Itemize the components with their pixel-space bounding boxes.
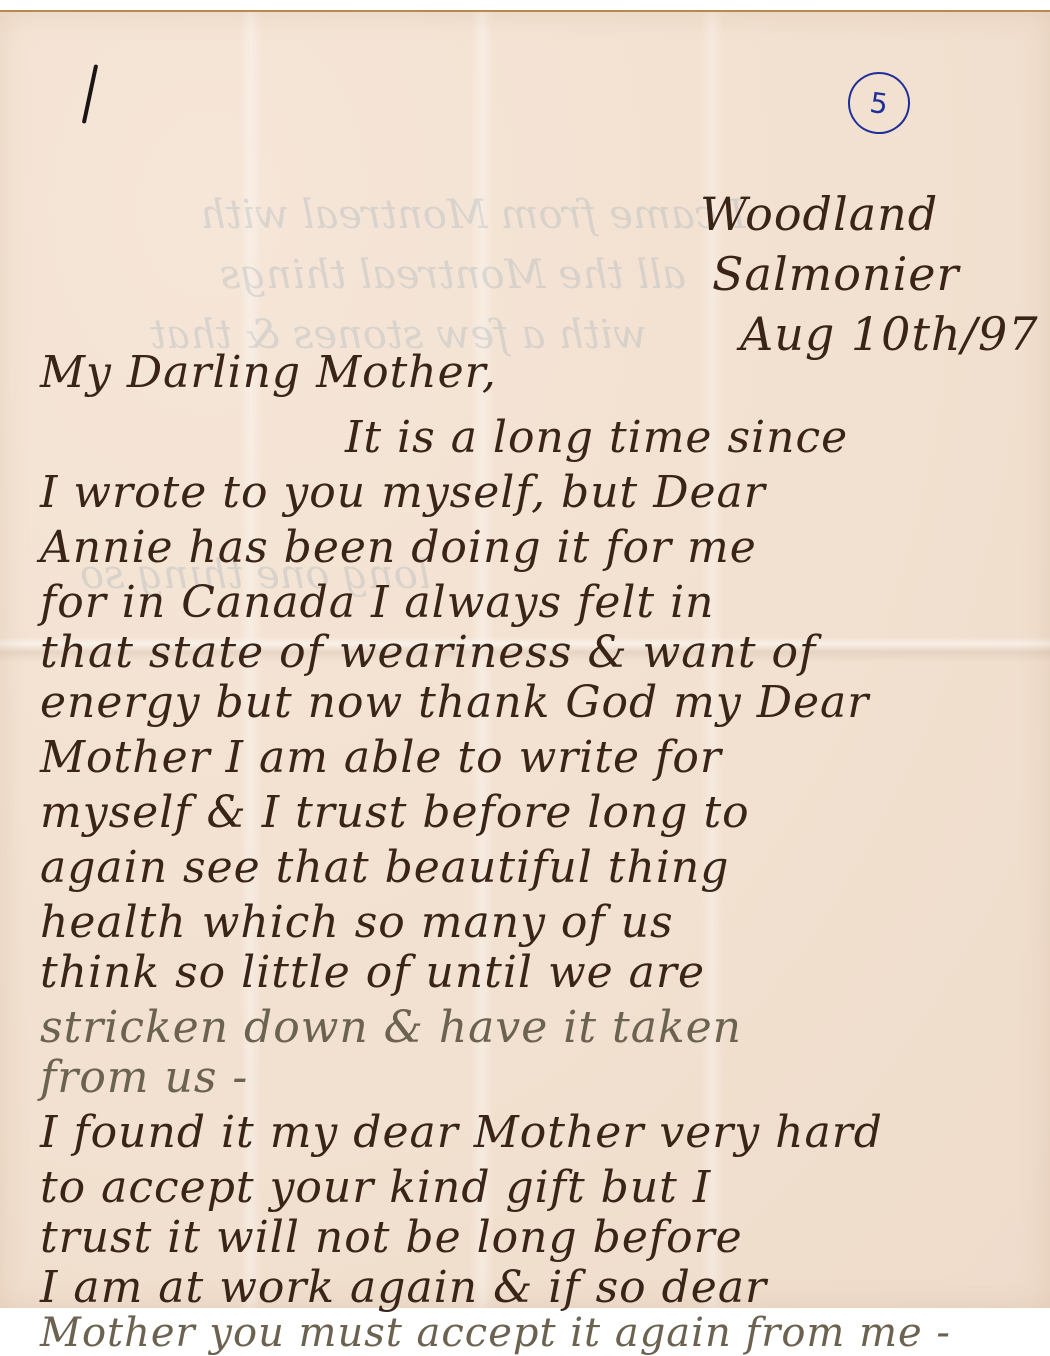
- letter-line: that state of weariness & want of: [40, 627, 816, 678]
- letter-line: myself & I trust before long to: [40, 787, 750, 838]
- letter-line: think so little of until we are: [40, 947, 705, 998]
- letter-line: health which so many of us: [40, 897, 674, 948]
- header-date: Aug 10th/97: [740, 307, 1039, 361]
- letter-line: stricken down & have it taken: [40, 1002, 742, 1053]
- salutation: My Darling Mother,: [40, 347, 497, 398]
- bleed-through-text: all the Montreal things: [220, 252, 686, 298]
- letter-page: I came from Montreal with all the Montre…: [0, 10, 1050, 1306]
- bleed-through-text: I came from Montreal with: [200, 192, 746, 238]
- letter-line: I am at work again & if so dear: [40, 1262, 767, 1306]
- header-locality: Salmonier: [712, 247, 960, 301]
- letter-line: again see that beautiful thing: [40, 842, 729, 893]
- letter-line: to accept your kind gift but I: [40, 1162, 711, 1213]
- letter-line: I wrote to you myself, but Dear: [40, 467, 766, 518]
- letter-line: Mother I am able to write for: [40, 732, 722, 783]
- page-mark-stroke: [82, 64, 98, 124]
- header-place: Woodland: [700, 187, 938, 241]
- archival-page-number: 5: [844, 68, 914, 138]
- letter-line: energy but now thank God my Dear: [40, 677, 869, 728]
- letter-line: for in Canada I always felt in: [40, 577, 715, 628]
- letter-line: It is a long time since: [345, 412, 848, 463]
- letter-line: trust it will not be long before: [40, 1212, 743, 1263]
- letter-line: from us -: [40, 1052, 248, 1103]
- letter-line: I found it my dear Mother very hard: [40, 1107, 883, 1158]
- letter-line: Annie has been doing it for me: [40, 522, 757, 573]
